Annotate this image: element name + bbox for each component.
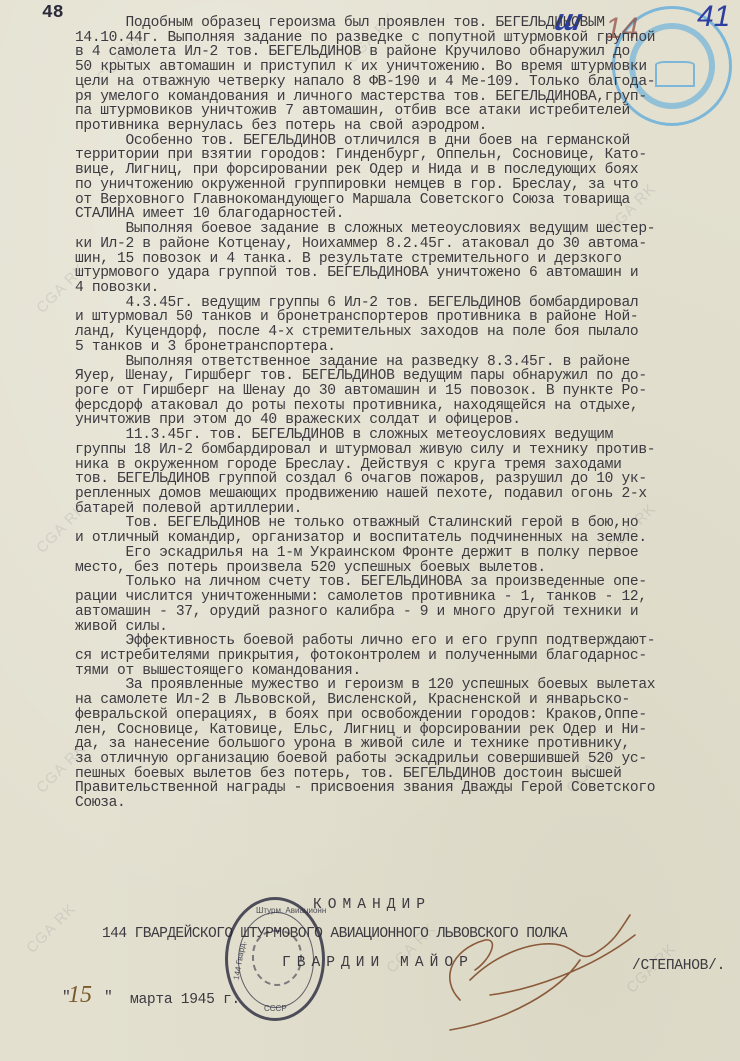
body-line: февральской операциях, в боях при освобо… bbox=[75, 708, 647, 723]
body-line: 5 танков и 3 бронетранспортера. bbox=[75, 340, 336, 355]
body-line: 11.3.45г. тов. БЕГЕЛЬДИНОВ в сложных мет… bbox=[75, 428, 613, 443]
body-line: в 4 самолета Ил-2 тов. БЕГЕЛЬДИНОВ в рай… bbox=[75, 45, 630, 60]
body-line: место, без потерь произвела 520 успешных… bbox=[75, 561, 546, 576]
body-line: живой силы. bbox=[75, 620, 168, 635]
page-number: 48 bbox=[42, 3, 64, 23]
body-line: За проявленные мужество и героизм в 120 … bbox=[75, 678, 655, 693]
body-line: ки Ил-2 в районе Котценау, Ноихаммер 8.2… bbox=[75, 237, 647, 252]
body-line: уничтожив при этом до 40 вражеских солда… bbox=[75, 413, 521, 428]
body-line: 4 повозки. bbox=[75, 281, 159, 296]
body-line: 50 крытых автомашин и приступил к их уни… bbox=[75, 60, 647, 75]
body-line: вице, Лигниц, при форсировании рек Одер … bbox=[75, 163, 638, 178]
seal-bottom-text: СССР bbox=[264, 1004, 287, 1013]
body-line: Союза. bbox=[75, 796, 125, 811]
body-line: за отличную организацию боевой работы эс… bbox=[75, 752, 647, 767]
body-line: территории при взятии городов: Гинденбур… bbox=[75, 148, 647, 163]
body-line: репленных домов мешающих продвижению наш… bbox=[75, 487, 647, 502]
soviet-emblem-icon bbox=[252, 930, 302, 986]
body-line: Правительственной награды - присвоения з… bbox=[75, 781, 655, 796]
seal-top-text: Штурм. Авиационн bbox=[256, 906, 326, 915]
body-line: цели на отважную четверку напало 8 ФВ-19… bbox=[75, 75, 655, 90]
body-line: ланд, Куцендорф, после 4-х стремительных… bbox=[75, 325, 638, 340]
body-line: лен, Сосновице, Катовице, Ельс, Лигниц и… bbox=[75, 723, 647, 738]
body-line: Его эскадрилья на 1-м Украинском Фронте … bbox=[75, 546, 638, 561]
handwritten-signature bbox=[430, 910, 650, 1040]
body-line: Выполняя боевое задание в сложных метеоу… bbox=[75, 222, 655, 237]
body-line: Эффективность боевой работы лично его и … bbox=[75, 634, 655, 649]
regiment-seal: Штурм. Авиационн 144 Гвард. СССР bbox=[225, 897, 325, 1021]
body-line: ся истребителями прикрытия, фотоконтроле… bbox=[75, 649, 647, 664]
body-line: Только на личном счету тов. БЕГЕЛЬДИНОВА… bbox=[75, 575, 647, 590]
body-line: группы 18 Ил-2 бомбардировал и штурмовал… bbox=[75, 443, 655, 458]
body-line: Яуер, Шенау, Гиршберг тов. БЕГЕЛЬДИНОВ в… bbox=[75, 369, 647, 384]
body-line: Подобным образец героизма был проявлен т… bbox=[75, 16, 605, 31]
body-line: роге от Гиршберг на Шенау до 30 автомаши… bbox=[75, 384, 647, 399]
body-line: да, за нанесение большого урона в живой … bbox=[75, 737, 630, 752]
body-line: противника вернулась без потерь на свой … bbox=[75, 119, 487, 134]
date-close-quote: " bbox=[104, 990, 112, 1006]
body-line: по уничтожению окруженной группировки не… bbox=[75, 178, 638, 193]
book-icon bbox=[655, 61, 695, 87]
document-page: CGA RK CGA RK CGA RK CGA RK CGA RK CGA R… bbox=[0, 0, 740, 1061]
body-line: Тов. БЕГЕЛЬДИНОВ не только отважный Стал… bbox=[75, 516, 638, 531]
body-line: автомашин - 37, орудий разного калибра -… bbox=[75, 605, 638, 620]
signature-title: КОМАНДИР bbox=[313, 897, 431, 913]
body-line: СТАЛИНА имеет 10 благодарностей. bbox=[75, 207, 344, 222]
body-line: ферсдорф атаковал до роты пехоты противн… bbox=[75, 399, 638, 414]
body-line: и отличный командир, организатор и воспи… bbox=[75, 531, 647, 546]
date-text: марта 1945 г. bbox=[130, 992, 240, 1008]
watermark: CGA RK bbox=[23, 900, 79, 956]
date-day-handwritten: 15 bbox=[68, 982, 92, 1009]
body-line: на самолете Ил-2 в Львовской, Висленской… bbox=[75, 693, 630, 708]
body-line: штурмового удара группой тов. БЕГЕЛЬДИНО… bbox=[75, 266, 638, 281]
body-line: шин, 15 повозок и 4 танка. В результате … bbox=[75, 252, 622, 267]
archive-number: 41 bbox=[697, 0, 730, 34]
body-line: Выполняя ответственное задание на развед… bbox=[75, 355, 630, 370]
body-line: и штурмовал 50 танков и бронетранспортер… bbox=[75, 310, 638, 325]
body-line: па штурмовиков уничтожив 7 автомашин, от… bbox=[75, 104, 630, 119]
body-line: рации числится уничтоженными: самолетов … bbox=[75, 590, 647, 605]
body-line: тов. БЕГЕЛЬДИНОВ группой создал 6 очагов… bbox=[75, 472, 647, 487]
